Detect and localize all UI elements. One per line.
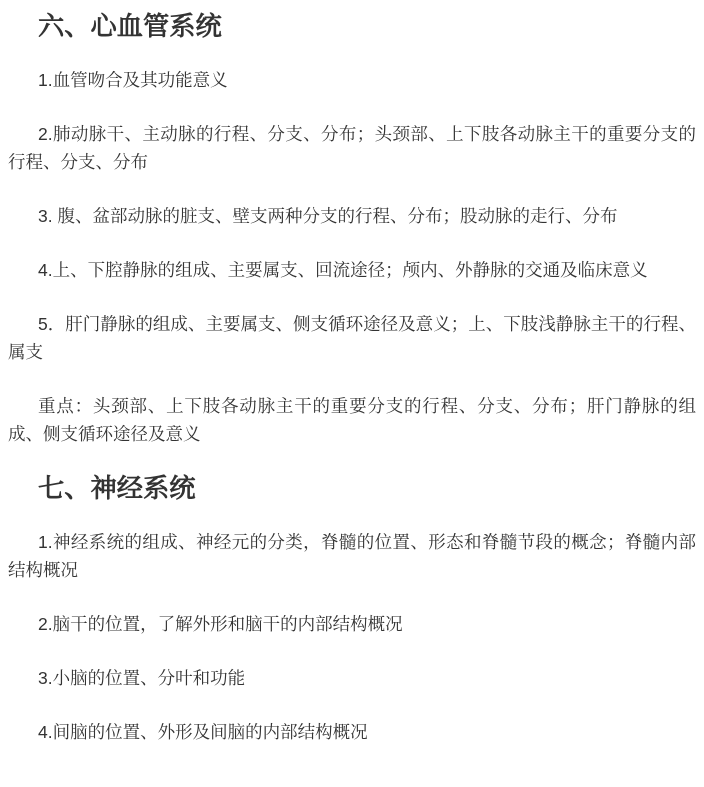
paragraph-cardio-item-2: 2.肺动脉干、主动脉的行程、分支、分布；头颈部、上下肢各动脉主干的重要分支的行程… bbox=[8, 120, 696, 176]
paragraph-cardio-item-5: 5．肝门静脉的组成、主要属支、侧支循环途径及意义；上、下肢浅静脉主干的行程、属支 bbox=[8, 310, 696, 366]
section-heading-cardiovascular: 六、心血管系统 bbox=[8, 12, 696, 40]
paragraph-nervous-item-4: 4.间脑的位置、外形及间脑的内部结构概况 bbox=[8, 718, 696, 746]
paragraph-nervous-item-1: 1.神经系统的组成、神经元的分类，脊髓的位置、形态和脊髓节段的概念；脊髓内部结构… bbox=[8, 528, 696, 584]
document-page: 六、心血管系统 1.血管吻合及其功能意义 2.肺动脉干、主动脉的行程、分支、分布… bbox=[0, 0, 704, 787]
paragraph-nervous-item-3: 3.小脑的位置、分叶和功能 bbox=[8, 664, 696, 692]
paragraph-nervous-item-2: 2.脑干的位置，了解外形和脑干的内部结构概况 bbox=[8, 610, 696, 638]
paragraph-cardio-item-4: 4.上、下腔静脉的组成、主要属支、回流途径；颅内、外静脉的交通及临床意义 bbox=[8, 256, 696, 284]
paragraph-cardio-item-1: 1.血管吻合及其功能意义 bbox=[8, 66, 696, 94]
section-heading-nervous: 七、神经系统 bbox=[8, 474, 696, 502]
paragraph-cardio-key-points: 重点：头颈部、上下肢各动脉主干的重要分支的行程、分支、分布；肝门静脉的组成、侧支… bbox=[8, 392, 696, 448]
paragraph-cardio-item-3: 3. 腹、盆部动脉的脏支、壁支两种分支的行程、分布；股动脉的走行、分布 bbox=[8, 202, 696, 230]
